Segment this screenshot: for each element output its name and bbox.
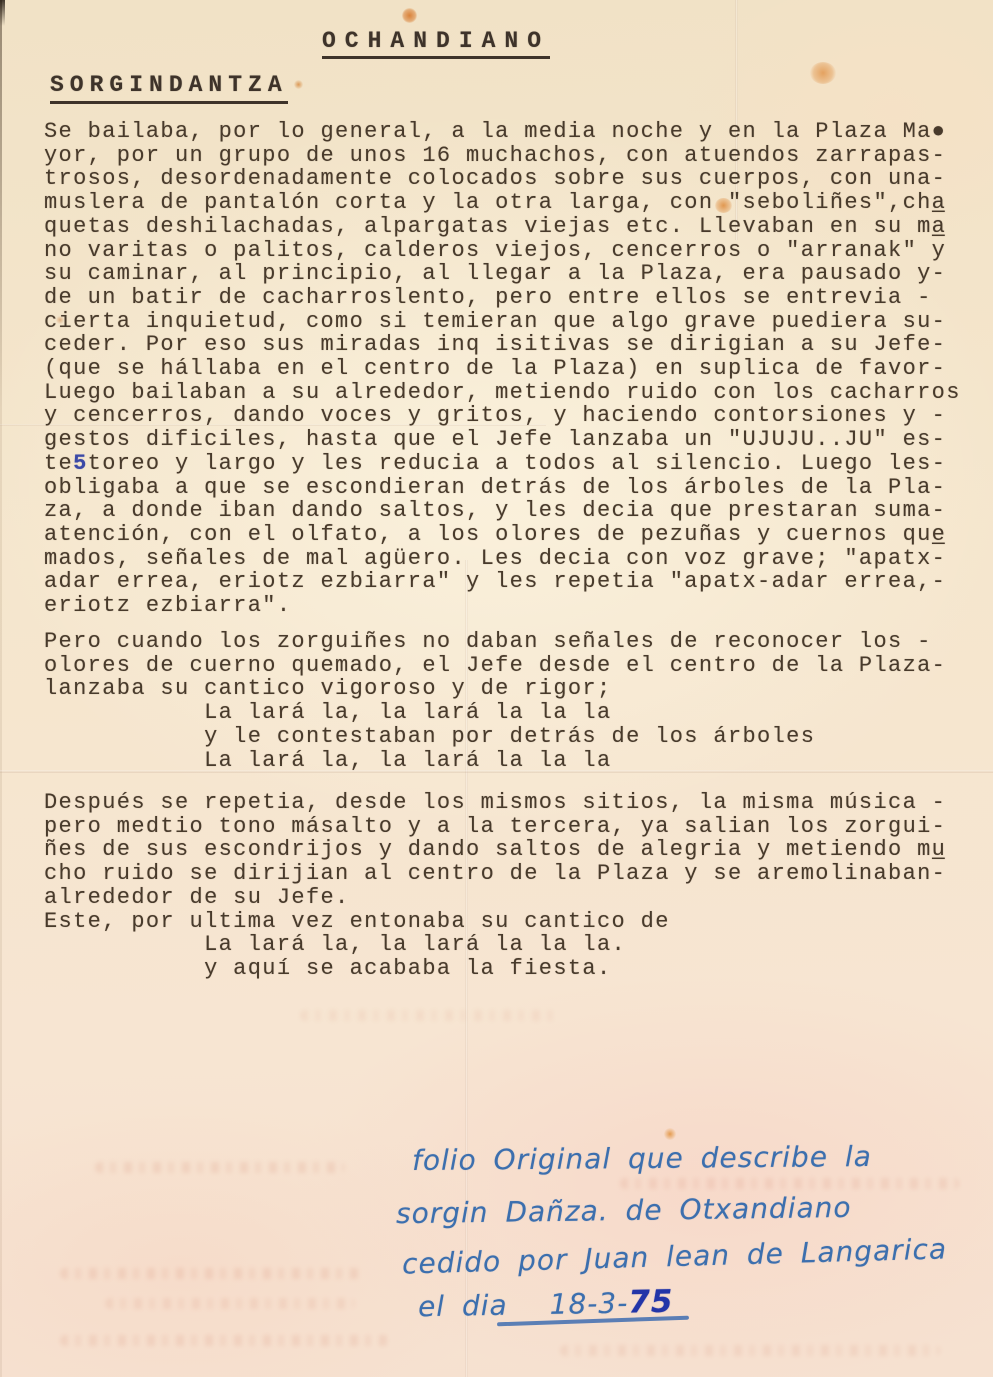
handwritten-date-label: el dia	[418, 1289, 508, 1324]
stain	[402, 8, 417, 23]
handwritten-note-line-3: cedido por Juan lean de Langarica	[402, 1232, 948, 1280]
handwritten-note-line-1: folio Original que describe la	[412, 1140, 872, 1177]
document-title: OCHANDIANO	[322, 28, 550, 59]
document-subtitle: SORGINDANTZA	[50, 72, 288, 104]
handwritten-date: 18-3-	[549, 1287, 628, 1321]
paragraph-main: Se bailaba, por lo general, a la media n…	[44, 120, 974, 618]
handwritten-date-year: 75	[628, 1284, 674, 1321]
bleed-through-text	[560, 1345, 940, 1356]
pen-ink-correction: 5	[73, 451, 88, 476]
paper-corner-shadow	[0, 0, 5, 26]
gap	[508, 1314, 550, 1315]
paragraph-main-text-after-correction: toreo y largo y les reducia a todos al s…	[44, 451, 946, 618]
paragraph-main-text-before-correction: Se bailaba, por lo general, a la media n…	[44, 119, 961, 476]
stain	[664, 1128, 676, 1140]
paragraph-ending: Después se repetia, desde los mismos sit…	[44, 791, 974, 981]
paragraph-chant: Pero cuando los zorguiñes no daban señal…	[44, 630, 974, 772]
stain	[810, 62, 836, 84]
handwritten-note-line-2: sorgin Dañza. de Otxandiano	[396, 1191, 852, 1230]
bleed-through-text	[300, 1010, 560, 1021]
bleed-through-text	[105, 1298, 355, 1309]
bleed-through-text	[60, 1335, 390, 1346]
stain	[294, 80, 303, 89]
bleed-through-text	[60, 1268, 360, 1279]
paper-left-edge-shadow	[0, 0, 2, 1377]
bleed-through-text	[620, 1178, 960, 1189]
bleed-through-text	[95, 1162, 345, 1173]
scanned-folio-page: OCHANDIANO SORGINDANTZA Se bailaba, por …	[0, 0, 993, 1377]
